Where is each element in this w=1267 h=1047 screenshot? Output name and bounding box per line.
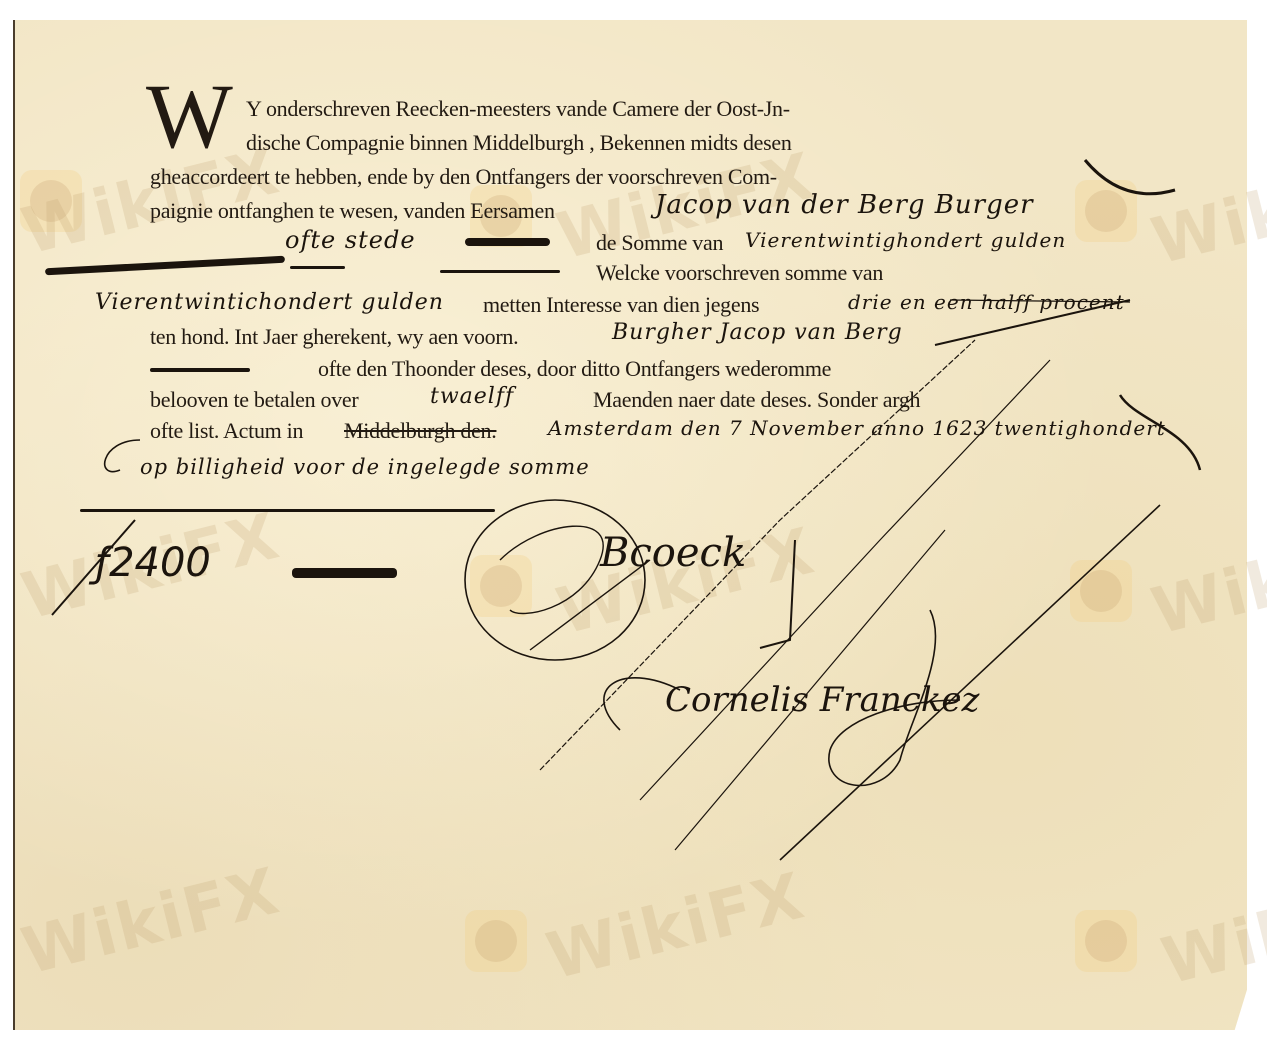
printed-line-6: Welcke voorschreven somme van (596, 260, 883, 286)
ink-dash (465, 238, 550, 246)
ink-dash (292, 568, 397, 578)
ink-dash (440, 270, 560, 273)
handwritten-sum-words-2: Vierentwintichondert gulden (95, 290, 444, 315)
printed-line-9: ofte den Thoonder deses, door ditto Ontf… (318, 356, 831, 382)
handwritten-term: twaelff (430, 384, 514, 409)
handwritten-extra-line: op billigheid voor de ingelegde somme (140, 455, 590, 479)
handwritten-payee-cont: ofte stede (285, 226, 416, 254)
printed-line-12: ofte list. Actum in (150, 418, 303, 444)
printed-line-1: Y onderschreven Reecken-meesters vande C… (246, 96, 790, 122)
handwritten-to-whom: Burgher Jacop van Berg (612, 320, 903, 345)
printed-line-8: ten hond. Int Jaer gherekent, wy aen voo… (150, 324, 518, 350)
printed-line-2: dische Compagnie binnen Middelburgh , Be… (246, 130, 792, 156)
signature-1: Bcoeck (600, 530, 746, 576)
handwritten-sum-words: Vierentwintighondert gulden (745, 228, 1066, 252)
drop-cap: W (146, 76, 215, 156)
handwritten-interest: drie en een halff procent (848, 290, 1125, 314)
printed-line-11: Maenden naer date deses. Sonder argh (593, 387, 920, 413)
separator-rule (80, 509, 495, 512)
printed-line-12-struck: Middelburgh den. (344, 418, 496, 444)
printed-line-7: metten Interesse van dien jegens (483, 292, 759, 318)
printed-line-3: gheaccordeert te hebben, ende by den Ont… (150, 164, 777, 190)
printed-line-5: de Somme van (596, 230, 723, 256)
handwritten-place-date: Amsterdam den 7 November anno 1623 twent… (548, 416, 1166, 440)
ink-dash (150, 368, 250, 372)
signature-2: Cornelis Franckez (665, 680, 979, 720)
printed-line-4: paignie ontfanghen te wesen, vanden Eers… (150, 198, 555, 224)
handwritten-payee: Jacop van der Berg Burger (655, 190, 1034, 220)
amount: ƒ2400 (95, 540, 211, 586)
ink-dash (290, 266, 345, 269)
printed-line-10: belooven te betalen over (150, 387, 358, 413)
